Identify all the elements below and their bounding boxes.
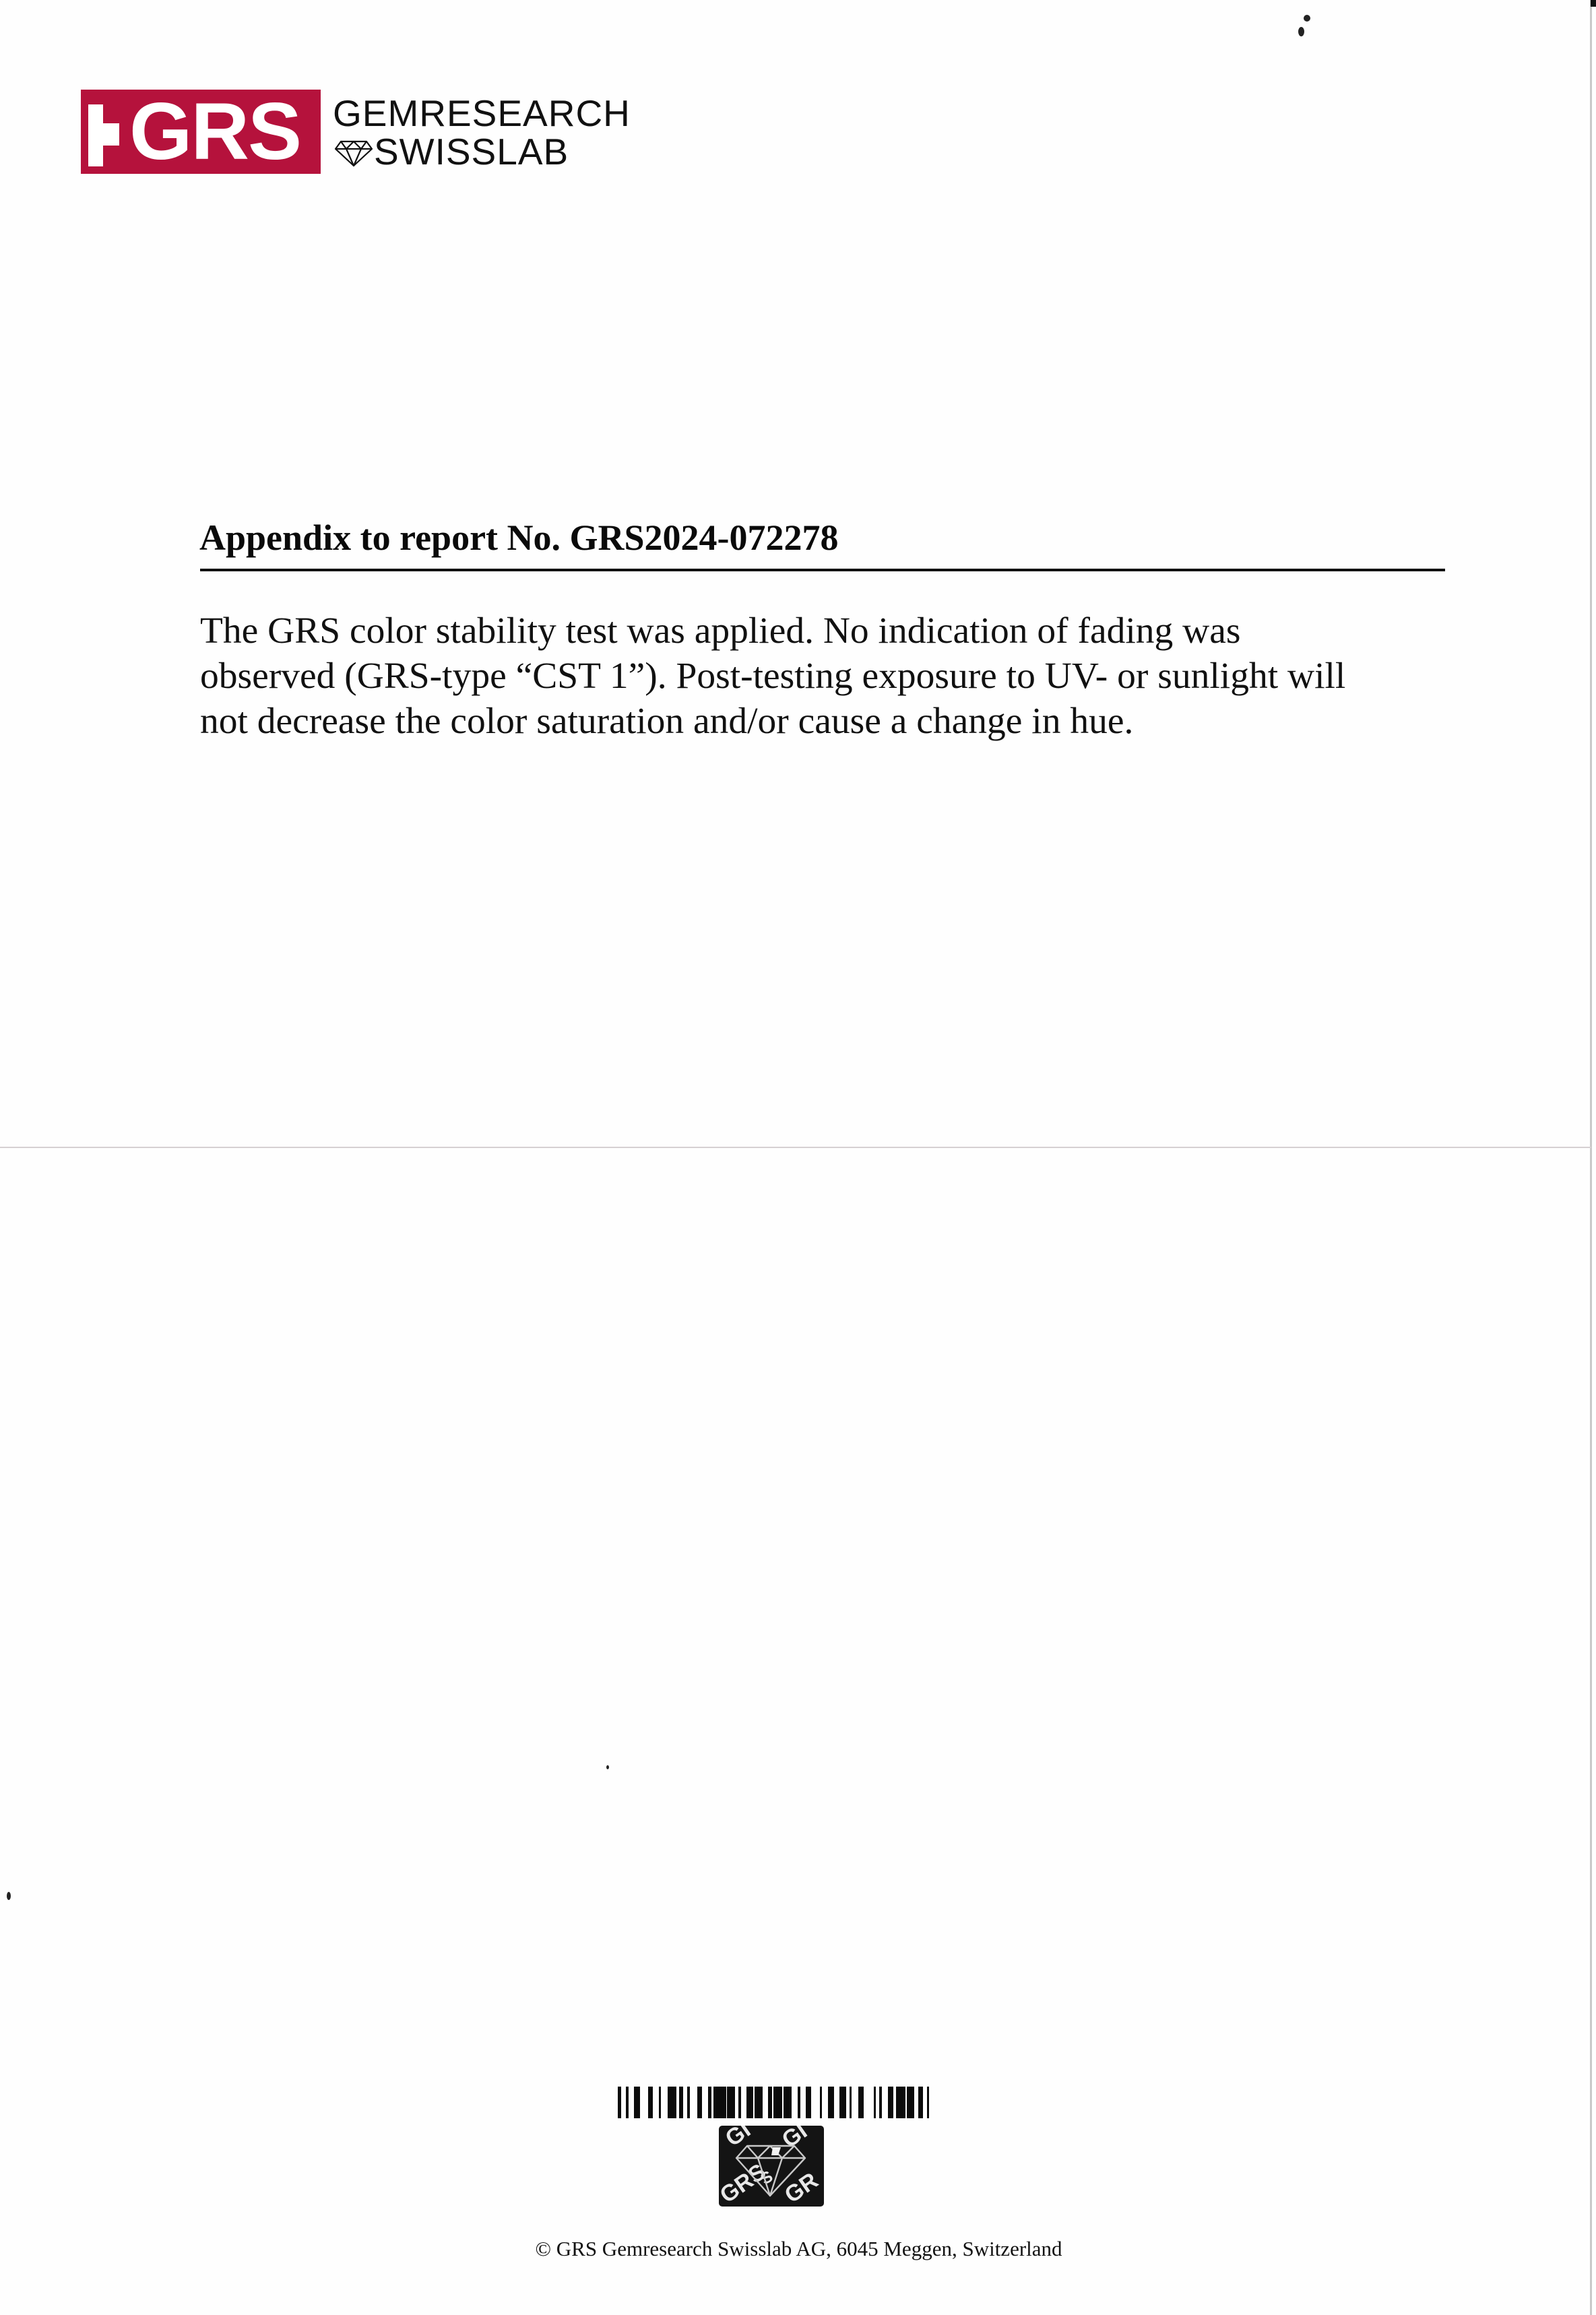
barcode-bar — [879, 2087, 882, 2118]
barcode-bar — [927, 2087, 929, 2118]
barcode-bar — [768, 2087, 772, 2118]
appendix-body: The GRS color stability test was applied… — [200, 608, 1453, 744]
document-page: GRS GEMRESEARCH SWISSLAB Appendix to rep… — [0, 0, 1596, 2315]
footer: © GRS Gemresearch Swisslab AG, 6045 Megg… — [0, 2235, 1596, 2262]
barcode-bar — [738, 2087, 741, 2118]
barcode-bar — [784, 2087, 792, 2118]
barcode-bar — [918, 2087, 923, 2118]
barcode-icon — [0, 2087, 1596, 2118]
barcode-bar — [907, 2087, 914, 2118]
barcode-bar — [727, 2087, 735, 2118]
body-line: observed (GRS-type “CST 1”). Post-testin… — [200, 654, 1453, 699]
body-line: not decrease the color saturation and/or… — [200, 699, 1453, 744]
barcode-bar — [828, 2087, 834, 2118]
barcode-bar — [618, 2087, 621, 2118]
grs-logo-mark: GRS — [81, 90, 321, 174]
hologram-text: GI — [721, 2126, 755, 2152]
page-edge — [1590, 0, 1592, 2315]
barcode-bar — [713, 2087, 726, 2118]
scan-corner-mark — [1591, 0, 1596, 7]
barcode-bar — [634, 2087, 640, 2118]
scan-speck — [1304, 15, 1310, 22]
page-title: Appendix to report No. GRS2024-072278 — [199, 515, 839, 560]
scan-speck — [606, 1765, 609, 1769]
grs-diamond-hologram-icon: GI GI GRS GR S — [719, 2126, 824, 2207]
barcode-bar — [626, 2087, 629, 2118]
logo-gemresearch-text: GEMRESEARCH — [333, 94, 631, 133]
barcode-bar — [850, 2087, 852, 2118]
scan-speck — [1298, 27, 1304, 36]
barcode-bar — [820, 2087, 822, 2118]
barcode-bar — [746, 2087, 753, 2118]
barcode-bar — [648, 2087, 653, 2118]
copyright-text: © GRS Gemresearch Swisslab AG, 6045 Megg… — [535, 2235, 1062, 2262]
fold-line — [0, 1147, 1591, 1148]
hologram-sticker: GI GI GRS GR S — [719, 2126, 824, 2207]
svg-text:GR: GR — [780, 2167, 823, 2207]
barcode-bar — [888, 2087, 893, 2118]
barcode-bar — [679, 2087, 683, 2118]
barcode-bar — [687, 2087, 690, 2118]
barcode-bar — [755, 2087, 763, 2118]
barcode-bar — [798, 2087, 800, 2118]
heading-divider — [200, 569, 1445, 571]
barcode-bar — [668, 2087, 676, 2118]
scan-speck — [7, 1892, 11, 1900]
diamond-icon — [334, 140, 373, 167]
barcode-bar — [708, 2087, 711, 2118]
logo-grs-text: GRS — [129, 90, 300, 174]
barcode-bar — [874, 2087, 876, 2118]
swiss-cross-icon-bar — [88, 123, 119, 146]
barcode-bar — [896, 2087, 905, 2118]
barcode-bar — [806, 2087, 811, 2118]
barcode-bar — [659, 2087, 661, 2118]
svg-text:GI: GI — [777, 2126, 812, 2153]
body-line: The GRS color stability test was applied… — [200, 608, 1453, 654]
barcode-bar — [839, 2087, 846, 2118]
barcode-bar — [773, 2087, 782, 2118]
barcode-bar — [858, 2087, 864, 2118]
logo-swisslab-text: SWISSLAB — [374, 132, 569, 171]
barcode-bar — [697, 2087, 702, 2118]
